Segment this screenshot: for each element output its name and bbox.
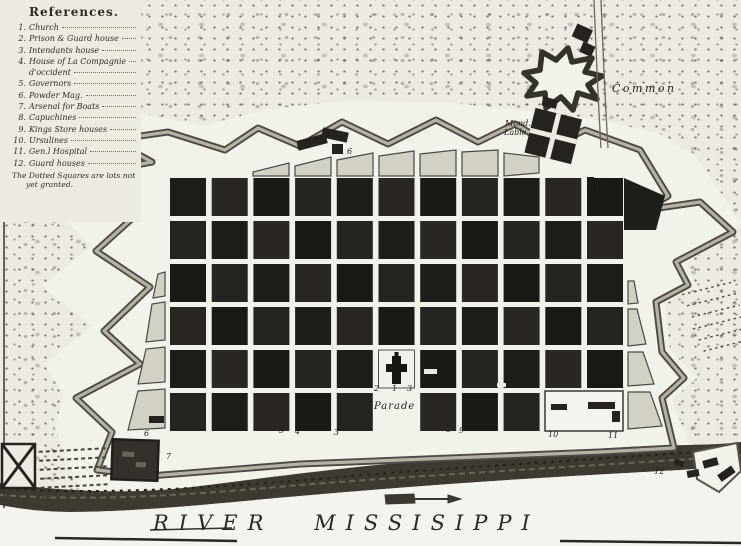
city-block — [420, 264, 456, 302]
city-block — [253, 178, 289, 216]
gate-guard-house — [587, 177, 594, 191]
map-word-label: Common — [612, 82, 677, 95]
city-block — [212, 350, 248, 388]
city-block — [379, 221, 415, 259]
city-block — [170, 178, 206, 216]
city-block — [253, 264, 289, 302]
block-mark — [497, 383, 506, 387]
plot-number-label: 2 — [373, 384, 379, 393]
city-block — [337, 178, 373, 216]
city-block — [420, 307, 456, 345]
city-block — [587, 307, 623, 345]
plot-number-label: 3 — [334, 428, 339, 437]
city-block — [462, 264, 498, 302]
legend-item: 10.Ursulines — [12, 135, 136, 146]
city-block — [545, 178, 581, 216]
legend-item: 2.Prison & Guard house — [12, 33, 136, 44]
plot-number-label: 9 — [459, 426, 464, 435]
crossed-plot — [2, 444, 35, 488]
plot-number-label: 10 — [548, 430, 558, 439]
map-word-label: Lable — [503, 128, 527, 137]
city-block — [587, 264, 623, 302]
legend-item: 4.House of La Compagnie — [12, 56, 136, 67]
city-block — [545, 350, 581, 388]
city-block — [170, 307, 206, 345]
legend-title: References. — [12, 5, 136, 19]
block-mark — [424, 369, 437, 374]
plot-number-label: 5 — [279, 426, 284, 435]
plot-number-label: 6 — [144, 429, 149, 438]
city-block — [504, 221, 540, 259]
plot-number-label: 12 — [595, 180, 605, 189]
plot-number-label: 3 — [407, 384, 412, 393]
city-block — [170, 264, 206, 302]
plot-number-label: 6 — [347, 147, 352, 156]
city-block — [253, 307, 289, 345]
field-rows — [682, 282, 741, 353]
city-block — [170, 350, 206, 388]
legend-item: 1.Church — [12, 22, 136, 33]
city-block — [545, 221, 581, 259]
city-block — [295, 264, 331, 302]
city-block — [295, 221, 331, 259]
city-block — [170, 393, 206, 431]
city-block — [587, 221, 623, 259]
legend-item: 3.Intendants house — [12, 45, 136, 56]
city-block — [462, 393, 498, 431]
legend-item: 5.Governors — [12, 78, 136, 89]
city-block — [253, 350, 289, 388]
plot-number-label: 1 — [392, 384, 397, 393]
map-word-label: Parade — [373, 401, 415, 412]
city-block — [295, 178, 331, 216]
city-block — [337, 307, 373, 345]
city-block — [462, 221, 498, 259]
city-block — [295, 307, 331, 345]
legend-item: 6.Powder Mag. — [12, 90, 136, 101]
city-block — [212, 307, 248, 345]
city-block — [504, 393, 540, 431]
plot-number-label: 3 — [446, 425, 451, 434]
city-block — [337, 221, 373, 259]
hospital-compound — [545, 391, 623, 431]
city-block — [170, 221, 206, 259]
city-block — [504, 350, 540, 388]
legend-item: 7.Arsenal for Boats — [12, 101, 136, 112]
city-block — [379, 178, 415, 216]
city-block — [587, 350, 623, 388]
city-block — [462, 307, 498, 345]
legend: References. 1.Church2.Prison & Guard hou… — [0, 0, 141, 222]
city-block — [504, 264, 540, 302]
map-word-label: Mond. — [504, 119, 531, 128]
city-block — [253, 221, 289, 259]
city-block — [462, 178, 498, 216]
city-block — [337, 393, 373, 431]
lot-building — [149, 416, 164, 423]
legend-footnote: The Dotted Squares are lots not yet gran… — [12, 171, 136, 190]
river-title: RIVER MISSISIPPI — [153, 511, 540, 535]
city-block — [420, 221, 456, 259]
legend-item: 8.Capuchines — [12, 112, 136, 123]
arsenal-building — [111, 439, 158, 481]
map-page: 2136543391011761212 CommonMond.LablePara… — [0, 0, 741, 546]
legend-item: 12.Guard houses — [12, 158, 136, 169]
pond — [524, 48, 602, 110]
city-block — [212, 393, 248, 431]
city-block — [545, 264, 581, 302]
legend-items: 1.Church2.Prison & Guard house3.Intendan… — [12, 22, 136, 169]
city-block — [295, 350, 331, 388]
city-block — [504, 178, 540, 216]
plot-number-label: 12 — [654, 467, 664, 476]
legend-item: 9.Kings Store houses — [12, 124, 136, 135]
legend-item: d'occident — [12, 67, 136, 78]
city-block — [295, 393, 331, 431]
city-block — [504, 307, 540, 345]
city-block — [379, 307, 415, 345]
city-block — [545, 307, 581, 345]
city-block — [212, 178, 248, 216]
city-block — [420, 178, 456, 216]
city-block — [212, 221, 248, 259]
city-block — [462, 350, 498, 388]
city-block — [337, 350, 373, 388]
city-block — [212, 264, 248, 302]
city-block — [337, 264, 373, 302]
plot-number-label: 4 — [294, 427, 300, 436]
legend-item: 11.Gen.l Hospital — [12, 146, 136, 157]
city-block — [379, 264, 415, 302]
plot-number-label: 11 — [608, 431, 618, 440]
